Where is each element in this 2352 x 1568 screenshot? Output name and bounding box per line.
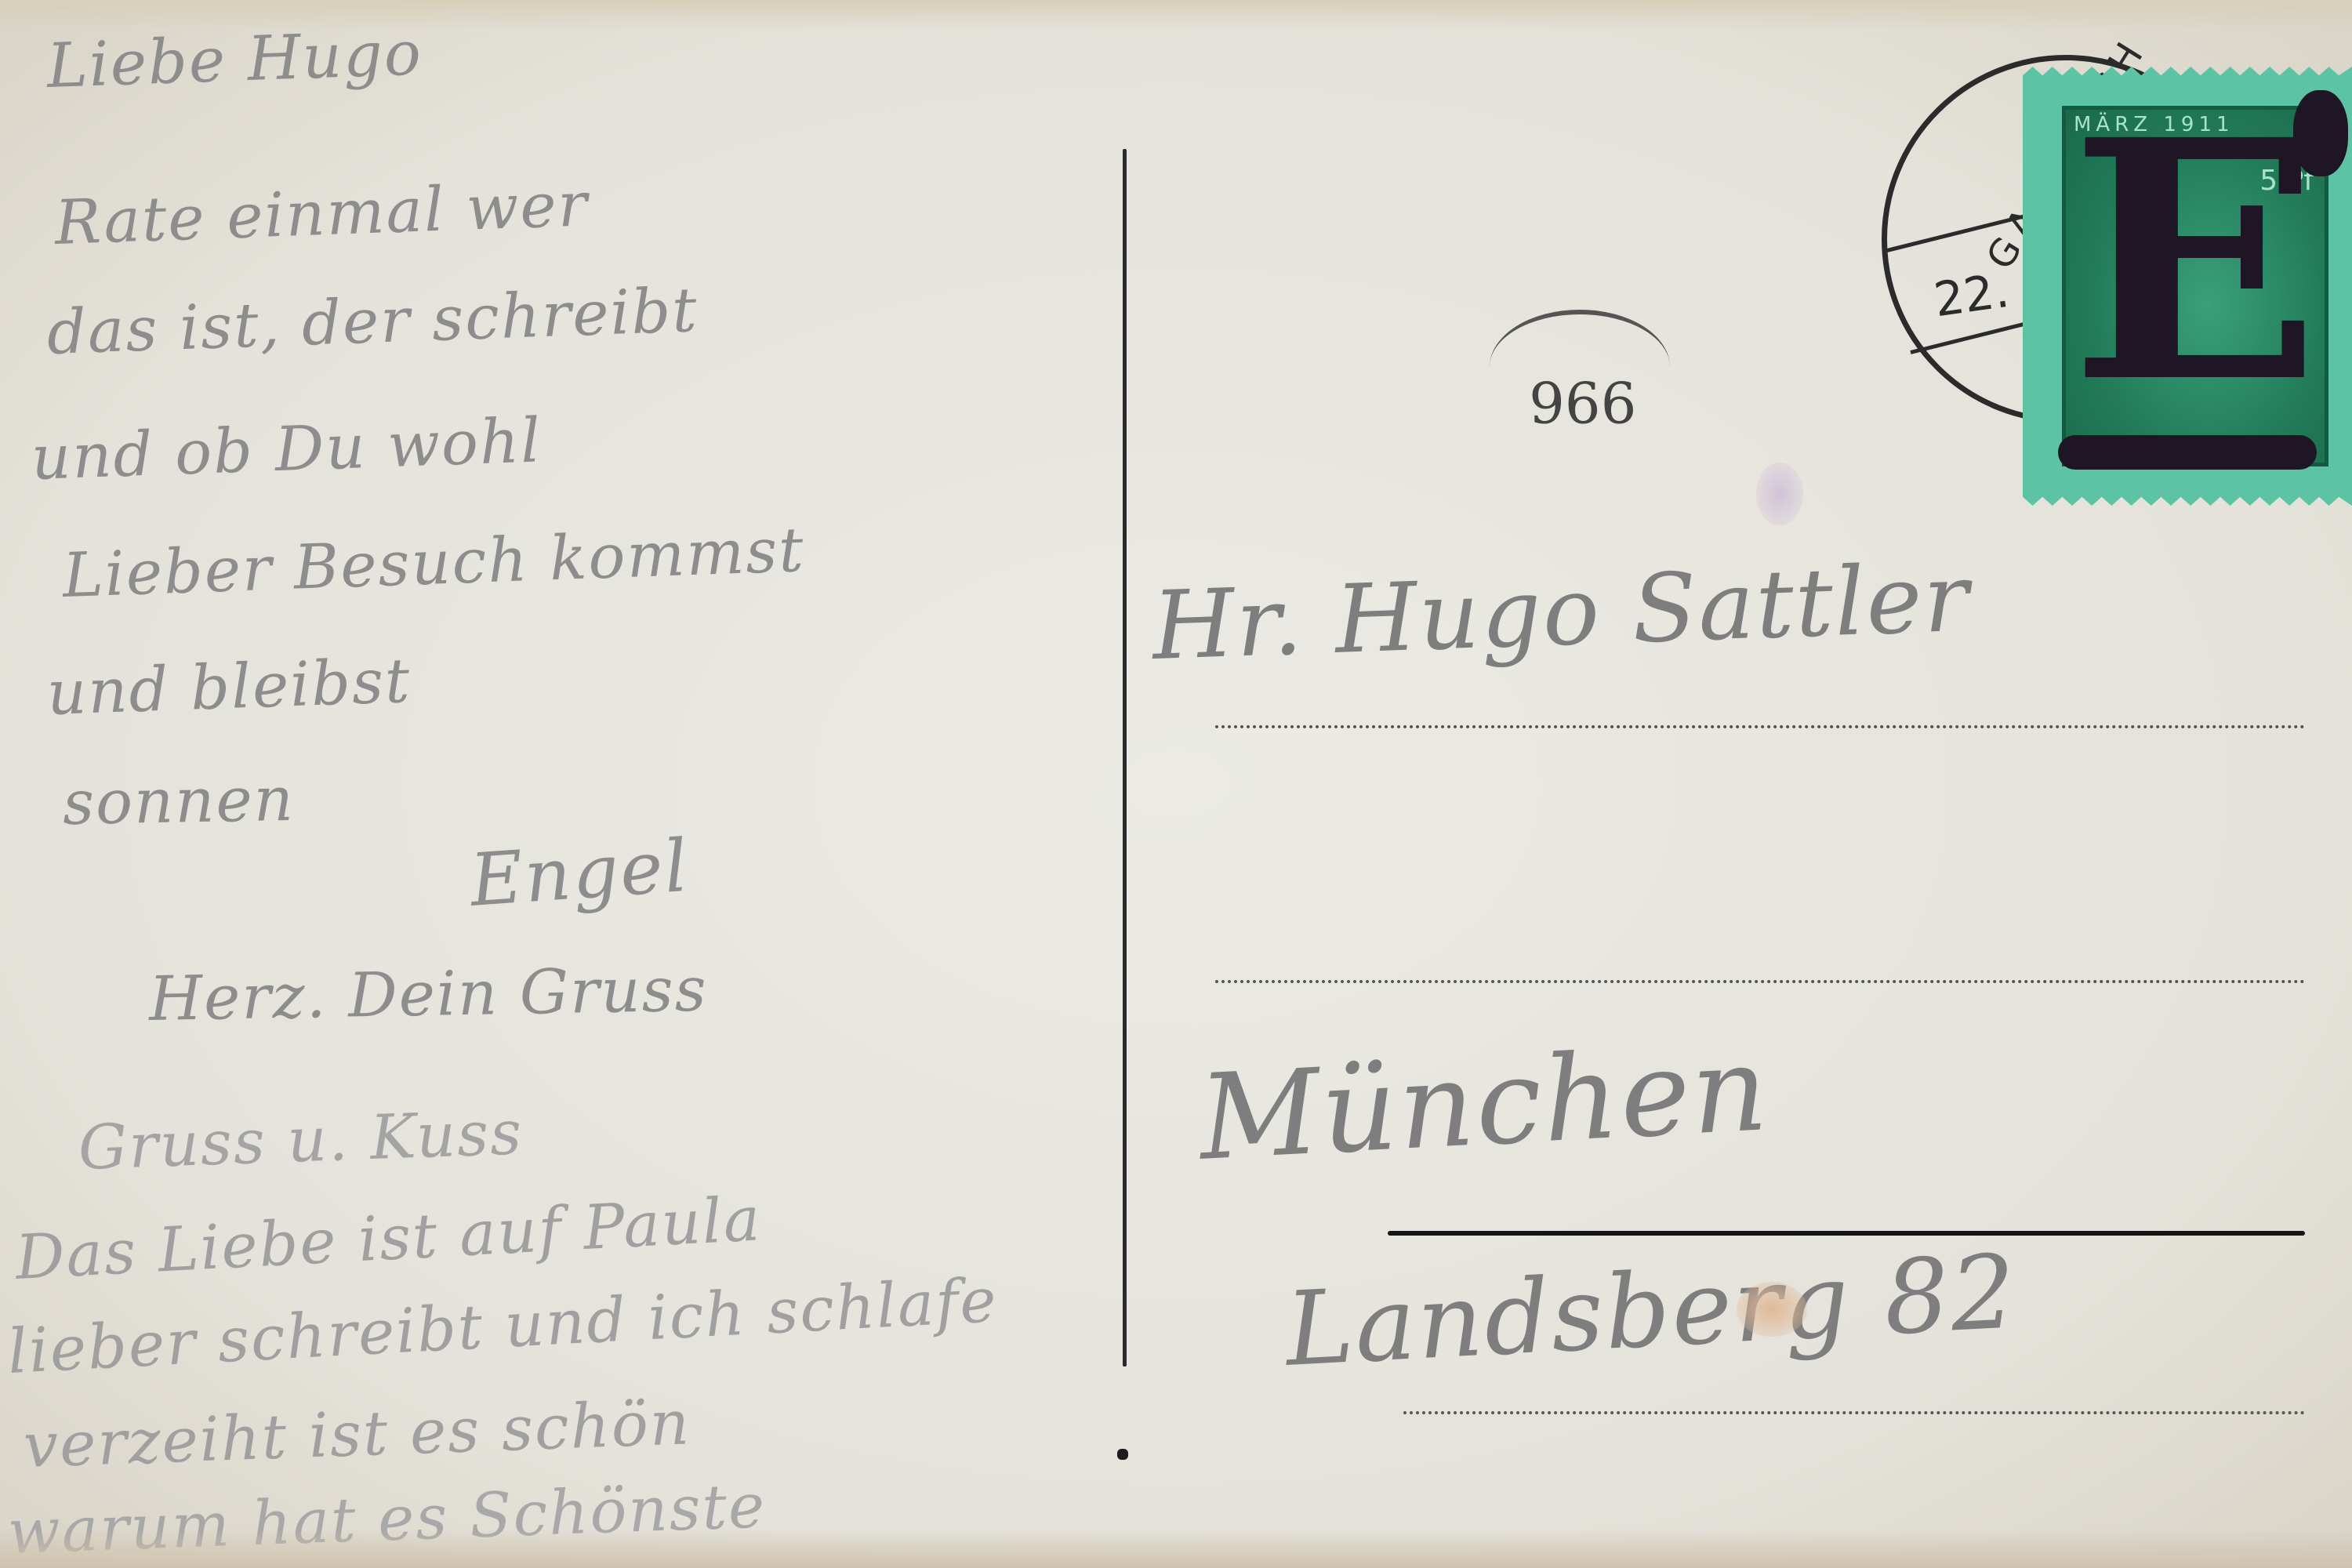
message-line: Gruss u. Kuss — [77, 1098, 524, 1184]
number-mark: 996 — [1529, 368, 1636, 434]
paper-stain — [1737, 1282, 1807, 1337]
message-line: Das Liebe ist auf Paula — [14, 1184, 764, 1294]
address-line — [1215, 980, 2305, 983]
message-line: verzeiht ist es schön — [22, 1388, 691, 1482]
message-line: das ist, der schreibt — [45, 275, 699, 368]
message-line: warum hat es Schönste — [6, 1471, 767, 1568]
message-line: Rate einmal wer — [53, 169, 590, 259]
card-divider-line — [1123, 149, 1127, 1367]
address-line — [1403, 1411, 2305, 1414]
message-line: sonnen — [62, 764, 295, 839]
message-line: und ob Du wohl — [30, 405, 543, 494]
message-line: Engel — [467, 824, 691, 923]
message-line: Lieber Besuch kommst — [61, 515, 806, 612]
postcard-back: Liebe Hugo Rate einmal wer das ist, der … — [0, 0, 2352, 1568]
city-underline — [1388, 1231, 2305, 1236]
message-line: und bleibst — [45, 646, 412, 729]
overprint-bar — [2058, 435, 2317, 470]
stamp-overprint-letter: E — [2070, 98, 2321, 427]
address-street: Landsberg 82 — [1283, 1232, 2020, 1389]
ink-dot — [1117, 1449, 1128, 1460]
ink-smudge — [1756, 463, 1803, 525]
address-city: München — [1196, 1021, 1772, 1187]
address-recipient: Hr. Hugo Sattler — [1151, 544, 1972, 681]
message-line: Liebe Hugo — [45, 18, 423, 102]
overprint-blot — [2293, 90, 2348, 176]
message-line: Herz. Dein Gruss — [148, 955, 708, 1035]
postmark-date: 22. — [1931, 263, 2013, 328]
address-line — [1215, 725, 2305, 728]
postage-stamp: MÄRZ 1911 5 Pf E — [2023, 67, 2352, 506]
